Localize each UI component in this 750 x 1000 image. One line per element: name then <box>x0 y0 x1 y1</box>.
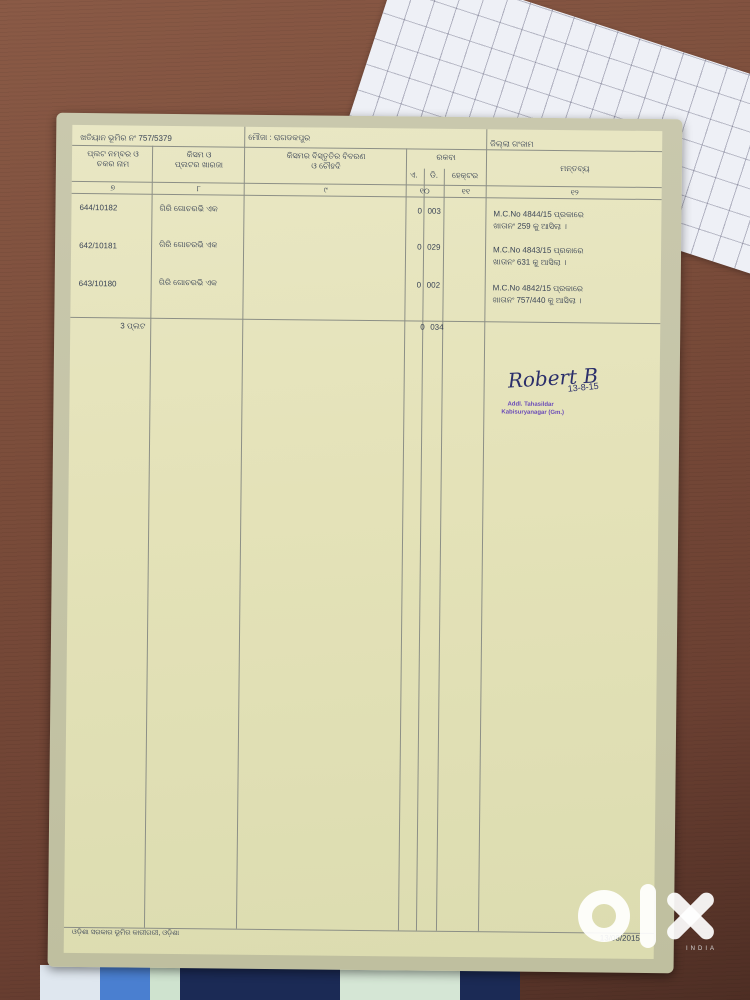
col-index: ୧୦ <box>420 187 430 197</box>
plot-number: 642/10181 <box>79 241 117 250</box>
remarks: ଖାତାନଂ 757/440 କୁ ଆସିଲା । <box>492 295 581 306</box>
area-decimal: 029 <box>427 243 440 252</box>
col-header-area: ରକବା <box>408 152 484 163</box>
col-index: ୧୨ <box>490 187 660 199</box>
col-sub-hectare: ହେକ୍ଟର <box>452 171 478 181</box>
total-plots: 3 ପ୍ଲଟ <box>120 321 145 331</box>
official-stamp: Addl. Tahasildar <box>507 401 553 407</box>
total-row: 3 ପ୍ଲଟ 0 034 <box>72 125 662 131</box>
remarks: M.C.No 4842/15 ପ୍ରକାରେ <box>493 283 583 294</box>
mouza-field: ମୌଜା : ରାଗଡକପୁର <box>248 133 310 144</box>
col-index: ୧୧ <box>462 187 470 197</box>
remarks: ଖାତାନଂ 631 କୁ ଆସିଲା । <box>493 257 567 268</box>
area-decimal: 003 <box>427 207 440 216</box>
watermark-subtext: INDIA <box>686 946 717 952</box>
area-acre: 0 <box>417 207 422 216</box>
laminated-document: ଖତିୟାନ ଭୂମିର ନଂ 757/5379 ମୌଜା : ରାଗଡକପୁର… <box>48 113 683 974</box>
col-sub-acre: ଏ. <box>410 170 418 180</box>
plot-number: 643/10180 <box>79 279 117 288</box>
area-acre: 0 <box>417 243 422 252</box>
column-divider <box>478 129 487 931</box>
olx-l-icon <box>640 884 656 948</box>
col-index: ୯ <box>248 185 404 197</box>
kisam: ଗିରି ଗୋଚରଭି ଏକ <box>159 240 217 251</box>
col-index: ୮ <box>156 184 242 195</box>
kisam: ଗିରି ଗୋଚରଭି ଏକ <box>159 204 217 215</box>
olx-o-icon <box>578 890 630 942</box>
total-acre: 0 <box>420 323 425 332</box>
col-header-plot: ପ୍ଲଟ ନମ୍ବର ଓ ଚକର ନାମ <box>76 149 150 170</box>
column-divider <box>144 146 153 928</box>
remarks: ଖାତାନଂ 259 କୁ ଆସିଲା । <box>493 221 567 232</box>
table-row: 644/10182 ଗିରି ଗୋଚରଭି ଏକ 0 003 M.C.No 48… <box>72 125 662 131</box>
footer-printer: ଓଡ଼ିଶା ସରକାର ଭୂମିର କାରୀଗରୀ, ଓଡ଼ିଶା <box>72 929 179 938</box>
area-decimal: 002 <box>427 281 440 290</box>
land-record-page: ଖତିୟାନ ଭୂମିର ନଂ 757/5379 ମୌଜା : ରାଗଡକପୁର… <box>64 125 663 959</box>
remarks: M.C.No 4843/15 ପ୍ରକାରେ <box>493 245 583 256</box>
divider <box>70 317 660 324</box>
col-index: ୭ <box>76 183 150 194</box>
col-header-details: କିସମର ବିସ୍ତୃତିର ବିବରଣ ଓ ଚୌହଦି <box>248 151 404 173</box>
table-row: 643/10180 ଗିରି ଗୋଚରଭି ଏକ 0 002 M.C.No 48… <box>72 125 662 131</box>
khatiyan-label: ଖତିୟାନ ଭୂମିର ନଂ 757/5379 <box>80 133 172 144</box>
olx-watermark-logo: INDIA <box>578 884 718 954</box>
column-divider <box>398 148 407 930</box>
total-decimal: 034 <box>430 323 443 332</box>
area-acre: 0 <box>417 281 422 290</box>
signature-date: 13-8-15 <box>567 381 599 394</box>
col-header-kisam: କିସମ ଓ ପ୍ଲଟର ଖାରଜା <box>156 150 242 171</box>
remarks: M.C.No 4844/15 ପ୍ରକାରେ <box>493 209 583 220</box>
kisam: ଗିରି ଗୋଚରଭି ଏକ <box>159 278 217 289</box>
col-header-remarks: ମନ୍ତବ୍ୟ <box>490 163 660 175</box>
col-sub-decimal: ଡି. <box>430 171 438 181</box>
district-field: ଜିଲ୍ଲା ଗଂଜାମ <box>490 139 533 149</box>
signature-stamp: Robert B 13-8-15 Addl. Tahasildar Kabisu… <box>497 361 608 432</box>
official-stamp: Kabisuryanagar (Gm.) <box>501 409 564 416</box>
plot-number: 644/10182 <box>79 203 117 212</box>
olx-x-icon <box>664 890 716 942</box>
column-divider <box>236 127 245 929</box>
table-row: 642/10181 ଗିରି ଗୋଚରଭି ଏକ 0 029 M.C.No 48… <box>72 125 662 131</box>
